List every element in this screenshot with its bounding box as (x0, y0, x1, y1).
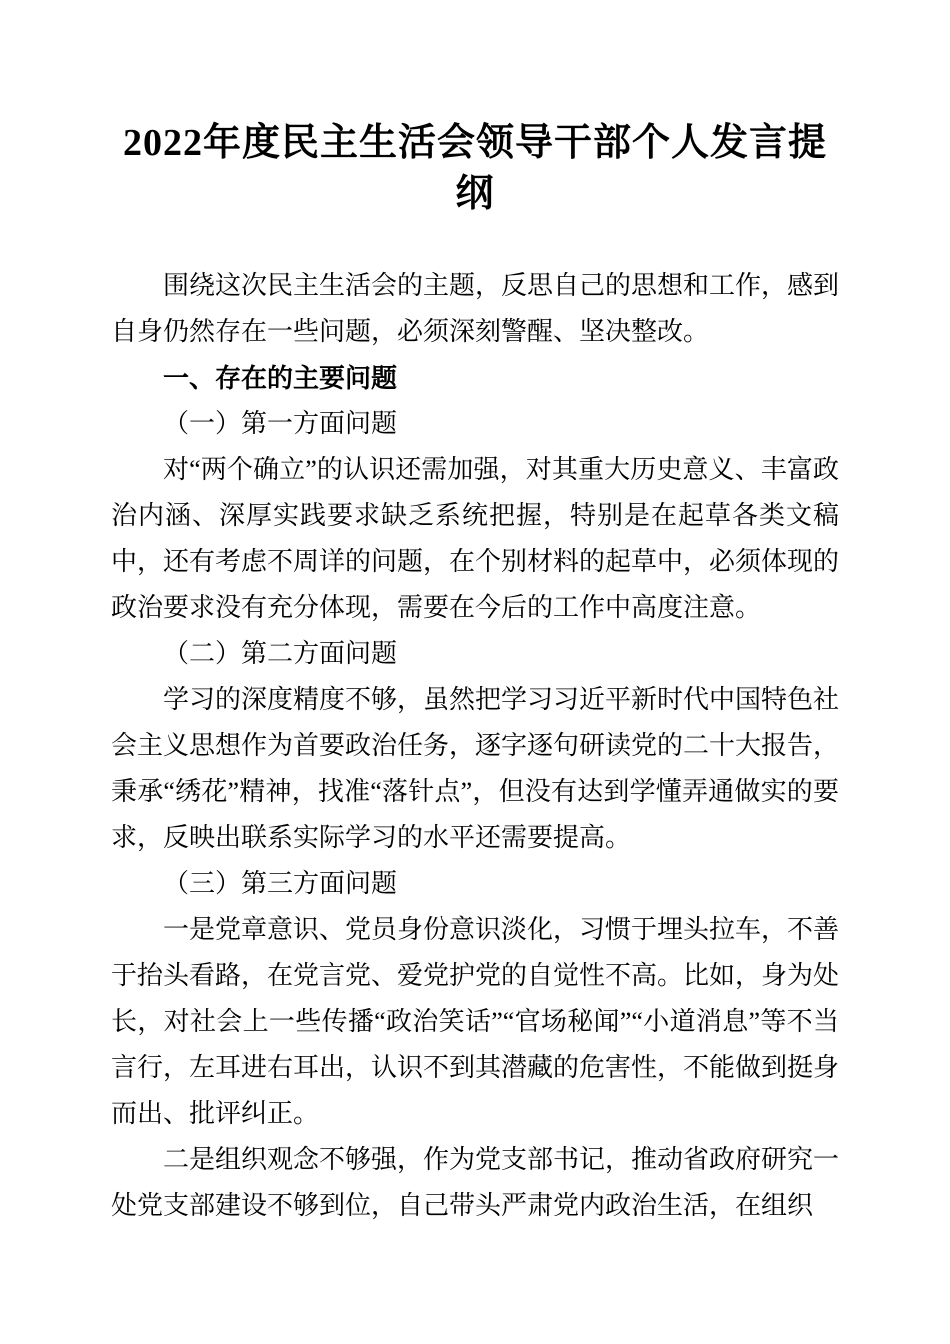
intro-paragraph: 围绕这次民主生活会的主题，反思自己的思想和工作，感到自身仍然存在一些问题，必须深… (111, 263, 839, 355)
subsection-heading-second-aspect: （二）第二方面问题 (111, 631, 839, 677)
subsection-heading-first-aspect: （一）第一方面问题 (111, 401, 839, 447)
document-page: 2022年度民主生活会领导干部个人发言提纲 围绕这次民主生活会的主题，反思自己的… (0, 0, 950, 1344)
document-title: 2022年度民主生活会领导干部个人发言提纲 (111, 118, 839, 221)
paragraph-second-aspect: 学习的深度精度不够，虽然把学习习近平新时代中国特色社会主义思想作为首要政治任务，… (111, 677, 839, 861)
subsection-heading-third-aspect: （三）第三方面问题 (111, 861, 839, 907)
section-heading-main-problems: 一、存在的主要问题 (111, 355, 839, 401)
paragraph-third-aspect-point-one: 一是党章意识、党员身份意识淡化，习惯于埋头拉车，不善于抬头看路，在党言党、爱党护… (111, 907, 839, 1137)
paragraph-third-aspect-point-two: 二是组织观念不够强，作为党支部书记，推动省政府研究一处党支部建设不够到位，自己带… (111, 1137, 839, 1229)
document-body: 围绕这次民主生活会的主题，反思自己的思想和工作，感到自身仍然存在一些问题，必须深… (111, 263, 839, 1229)
paragraph-first-aspect: 对“两个确立”的认识还需加强，对其重大历史意义、丰富政治内涵、深厚实践要求缺乏系… (111, 447, 839, 631)
